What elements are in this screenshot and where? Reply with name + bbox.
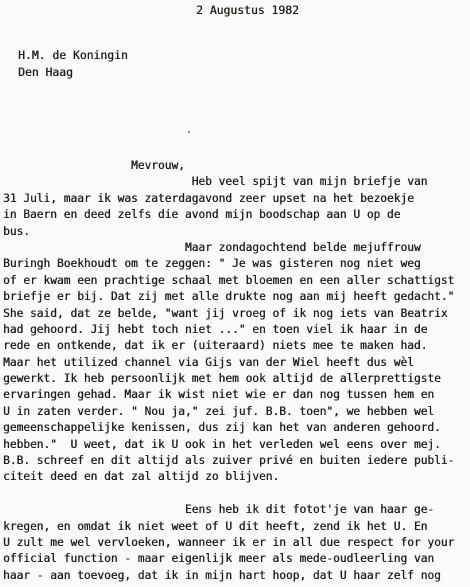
letter-line: gewerkt. Ik heb persoonlijk met hem ook … (3, 371, 454, 387)
letter-line: B.B. schreef en dit altijd als zuiver pr… (3, 453, 454, 469)
letter-line: citeit deed en dat zal altijd zo blijven… (3, 469, 454, 485)
letter-line: of er kwam een prachtige schaal met bloe… (3, 273, 454, 289)
letter-line: Maar het utilized channel via Gijs van d… (3, 355, 454, 371)
letter-line: She said, dat ze belde, "want jij vroeg … (3, 306, 454, 322)
letter-line: had gehoord. Jij hebt toch niet ..." en … (3, 322, 454, 338)
letter-line: U in zaten verder. " Nou ja," zei juf. B… (3, 404, 454, 420)
letter-line: rede en ontkende, dat ik er (uiteraard) … (3, 338, 454, 354)
letter-line (3, 486, 454, 502)
letter-line: gemeenschappelijke kenissen, dus zij kan… (3, 420, 454, 436)
letter-line: 31 Juli, maar ik was zaterdagavond zeer … (3, 191, 454, 207)
letter-line: bus. (3, 224, 454, 240)
letter-line: ervaringen gehad. Maar ik wist niet wie … (3, 387, 454, 403)
letter-line: Maar zondagochtend belde mejuffrouw (3, 240, 454, 256)
letter-line: haar - aan toevoeg, dat ik in mijn hart … (3, 568, 454, 584)
letter-line: official function - maar eigenlijk meer … (3, 551, 454, 567)
letter-line: Heb veel spijt van mijn briefje van (3, 174, 454, 190)
letter-page: 2 Augustus 1982 H.M. de Koningin Den Haa… (0, 0, 470, 587)
letter-line: Mevrouw, (3, 158, 454, 174)
letter-body: Mevrouw, Heb veel spijt van mijn briefje… (3, 158, 454, 584)
letter-line: kregen, en omdat ik niet weet of U dit h… (3, 519, 454, 535)
letter-line: hebben." U weet, dat ik U ook in het ver… (3, 437, 454, 453)
recipient-block: H.M. de Koningin Den Haag (18, 47, 128, 80)
letter-line: briefje er bij. Dat zij met alle drukte … (3, 289, 454, 305)
letter-line: U zult me wel vervloeken, wanneer ik er … (3, 535, 454, 551)
recipient-city: Den Haag (18, 64, 128, 81)
letter-line: in Baern en deed zelfs die avond mijn bo… (3, 207, 454, 223)
date-line: 2 Augustus 1982 (196, 3, 299, 17)
letter-line: Eens heb ik dit fotot'je van haar ge- (3, 502, 454, 518)
recipient-name: H.M. de Koningin (18, 47, 128, 64)
letter-line: Buringh Boekhoudt om te zeggen: " Je was… (3, 256, 454, 272)
paper-speck (188, 131, 190, 133)
